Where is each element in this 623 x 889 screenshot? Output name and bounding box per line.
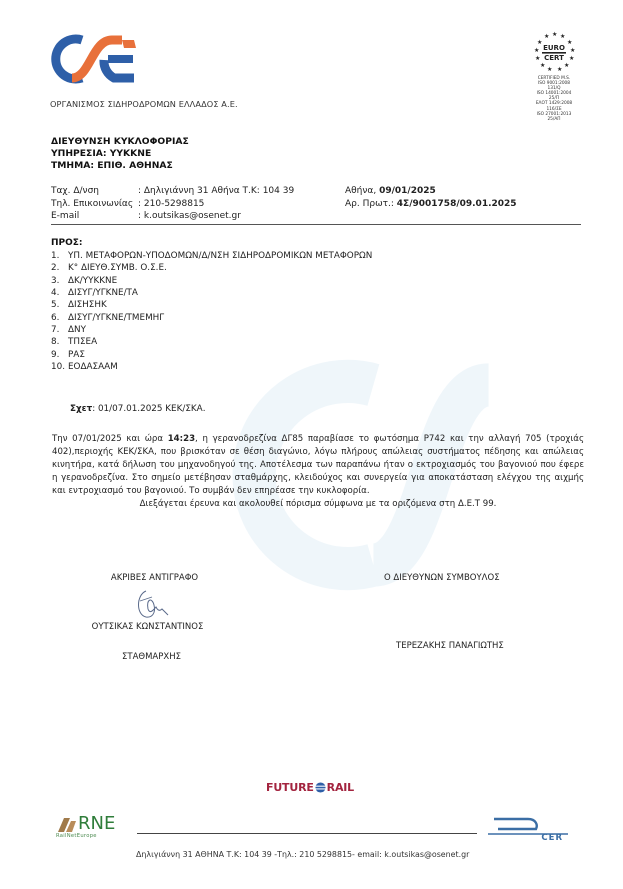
- future-rail-logo: FUTURE RAIL: [266, 781, 354, 794]
- signature-block-left: ΑΚΡΙΒΕΣ ΑΝΤΙΓΡΑΦΟ ΟΥΤΣΙΚΑΣ ΚΩΝΣΤΑΝΤΙΝΟΣ …: [60, 573, 235, 662]
- organization-name: ΟΡΓΑΝΙΣΜΟΣ ΣΙΔΗΡΟΔΡΟΜΩΝ ΕΛΛΑΔΟΣ Α.Ε.: [50, 99, 238, 109]
- recipient-item: 5.ΔΙΣΗΣΗΚ: [51, 299, 372, 311]
- contact-block: Ταχ. Δ/νση : Δηλιγιάννη 31 Αθήνα Τ.Κ: 10…: [51, 185, 294, 223]
- reference-label: Σχετ: [70, 404, 92, 414]
- email-value[interactable]: : k.outsikas@osenet.gr: [138, 210, 241, 223]
- svg-text:CERT: CERT: [544, 54, 564, 62]
- eurocert-badge: ★★★ ★★ ★★ ★★ ★★ ★★ EURO CERT CERTIFIED M…: [522, 30, 586, 122]
- ceo-title: Ο ΔΙΕΥΘΥΝΩΝ ΣΥΜΒΟΥΛΟΣ: [384, 573, 500, 583]
- signatory-role-left: ΣΤΑΘΜΑΡΧΗΣ: [68, 652, 235, 662]
- recipient-item: 7.ΔΝΥ: [51, 324, 372, 336]
- document-date: 09/01/2025: [379, 186, 436, 196]
- recipient-item: 3.ΔΚ/ΥΥΚΚΝΕ: [51, 275, 372, 287]
- globe-icon: [315, 782, 326, 793]
- footer-divider: [137, 833, 477, 834]
- department-section: ΤΜΗΜΑ: ΕΠΙΘ. ΑΘΗΝΑΣ: [51, 160, 189, 172]
- footer-address: Δηλιγιάννη 31 ΑΘΗΝΑ Τ.Κ: 104 39 -Τηλ.: 2…: [136, 850, 469, 859]
- svg-text:★: ★: [564, 62, 569, 69]
- svg-text:★: ★: [544, 33, 549, 40]
- eurocert-stars-icon: ★★★ ★★ ★★ ★★ ★★ ★★ EURO CERT: [531, 30, 577, 74]
- svg-text:★: ★: [552, 31, 557, 38]
- recipient-item: 9.ΡΑΣ: [51, 349, 372, 361]
- svg-text:★: ★: [557, 66, 562, 73]
- svg-text:★: ★: [534, 47, 539, 54]
- recipient-item: 4.ΔΙΣΥΓ/ΥΓΚΝΕ/ΤΑ: [51, 287, 372, 299]
- recipient-item: 2.Κ° ΔΙΕΥΘ.ΣΥΜΒ. Ο.Σ.Ε.: [51, 262, 372, 274]
- rne-logo: RNE RailNetEurope: [56, 816, 115, 839]
- phone-value: : 210-5298815: [138, 198, 204, 211]
- protocol-label: Αρ. Πρωτ.:: [345, 199, 394, 209]
- address-value: : Δηλιγιάννη 31 Αθήνα Τ.Κ: 104 39: [138, 185, 294, 198]
- document-page: ΟΡΓΑΝΙΣΜΟΣ ΣΙΔΗΡΟΔΡΟΜΩΝ ΕΛΛΑΔΟΣ Α.Ε. ★★★…: [0, 0, 623, 889]
- recipient-item: 10.ΕΟΔΑΣΑΑΜ: [51, 361, 372, 373]
- incident-report-body: Την 07/01/2025 και ώρα 14:23, η γερανοδρ…: [52, 433, 584, 510]
- recipients-heading: ΠΡΟΣ:: [51, 238, 83, 248]
- recipients-list: 1.ΥΠ. ΜΕΤΑΦΟΡΩΝ-ΥΠΟΔΟΜΩΝ/Δ/ΝΣΗ ΣΙΔΗΡΟΔΡΟ…: [51, 250, 372, 373]
- dateline: Αθήνα, 09/01/2025 Αρ. Πρωτ.: 4Σ/9001758/…: [345, 185, 517, 211]
- signatory-name-left: ΟΥΤΣΙΚΑΣ ΚΩΝΣΤΑΝΤΙΝΟΣ: [60, 622, 235, 632]
- rne-track-mark-icon: [56, 816, 78, 832]
- department-directorate: ΔΙΕΥΘΥΝΣΗ ΚΥΚΛΟΦΟΡΙΑΣ: [51, 136, 189, 148]
- certification-list: CERTIFIED M.S. ISO 9001:2008 131/Q ISO 1…: [522, 76, 586, 122]
- email-label: E-mail: [51, 210, 138, 223]
- cer-logo: CER: [486, 815, 571, 843]
- incident-time: 14:23: [168, 434, 195, 444]
- place-label: Αθήνα,: [345, 186, 376, 196]
- svg-text:★: ★: [569, 55, 574, 62]
- header-divider: [51, 224, 581, 225]
- address-label: Ταχ. Δ/νση: [51, 185, 138, 198]
- recipient-item: 8.ΤΠΣΕΑ: [51, 336, 372, 348]
- department-block: ΔΙΕΥΘΥΝΣΗ ΚΥΚΛΟΦΟΡΙΑΣ ΥΠΗΡΕΣΙΑ: ΥΥΚΚΝΕ Τ…: [51, 136, 189, 172]
- recipient-item: 6.ΔΙΣΥΓ/ΥΓΚΝΕ/ΤΜΕΜΗΓ: [51, 312, 372, 324]
- true-copy-label: ΑΚΡΙΒΕΣ ΑΝΤΙΓΡΑΦΟ: [74, 573, 235, 583]
- svg-text:★: ★: [535, 55, 540, 62]
- svg-text:★: ★: [540, 62, 545, 69]
- signature-block-right: Ο ΔΙΕΥΘΥΝΩΝ ΣΥΜΒΟΥΛΟΣ ΤΕΡΕΖΑΚΗΣ ΠΑΝΑΓΙΩΤ…: [384, 573, 500, 583]
- phone-label: Τηλ. Επικοινωνίας: [51, 198, 138, 211]
- svg-text:★: ★: [570, 47, 575, 54]
- protocol-number: 4Σ/9001758/09.01.2025: [397, 199, 517, 209]
- department-service: ΥΠΗΡΕΣΙΑ: ΥΥΚΚΝΕ: [51, 148, 189, 160]
- reference-value: : 01/07.01.2025 ΚΕΚ/ΣΚΑ.: [92, 404, 205, 414]
- reference-line: Σχετ: 01/07.01.2025 ΚΕΚ/ΣΚΑ.: [70, 404, 206, 414]
- investigation-paragraph: Διεξάγεται έρευνα και ακολουθεί πόρισμα …: [52, 498, 584, 511]
- handwritten-signature-icon: [132, 587, 172, 621]
- signatory-name-right: ΤΕΡΕΖΑΚΗΣ ΠΑΝΑΓΙΩΤΗΣ: [396, 641, 504, 651]
- svg-text:★: ★: [567, 39, 572, 46]
- svg-text:★: ★: [560, 33, 565, 40]
- incident-paragraph: Την 07/01/2025 και ώρα 14:23, η γερανοδρ…: [52, 433, 584, 498]
- svg-text:★: ★: [537, 39, 542, 46]
- recipient-item: 1.ΥΠ. ΜΕΤΑΦΟΡΩΝ-ΥΠΟΔΟΜΩΝ/Δ/ΝΣΗ ΣΙΔΗΡΟΔΡΟ…: [51, 250, 372, 262]
- ose-logo-icon: [50, 30, 140, 88]
- svg-text:EURO: EURO: [543, 44, 565, 52]
- svg-text:★: ★: [547, 66, 552, 73]
